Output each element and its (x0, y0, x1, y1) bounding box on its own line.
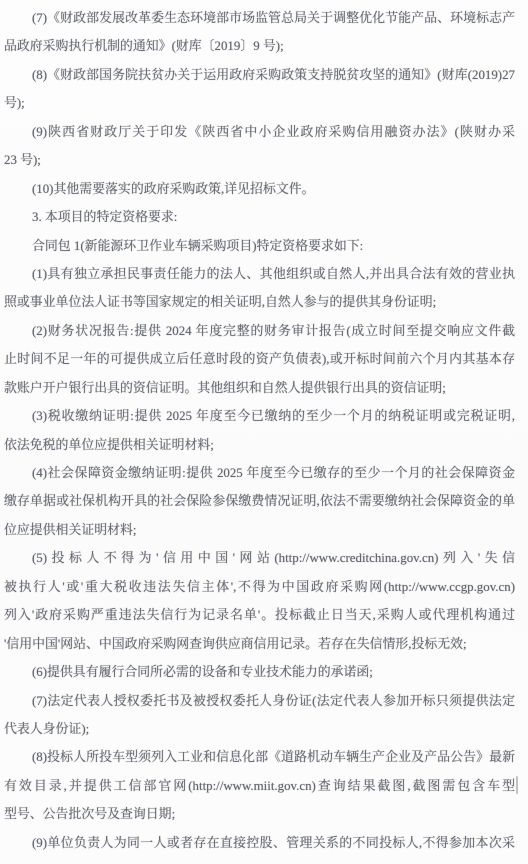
text-line: (5)投标人不得为'信用中国'网站(http://www.creditchina… (4, 544, 515, 572)
text-line: (3)税收缴纳证明:提供 2025 年度至今已缴纳的至少一个月的纳税证明或完税证… (4, 402, 515, 430)
text-line: 型号、公告批次号及查询日期; (4, 800, 515, 828)
text-line: (9)陕西省财政厅关于印发《陕西省中小企业政府采购信用融资办法》(陕财办采〔20… (4, 118, 515, 146)
text-line: 3. 本项目的特定资格要求: (4, 203, 515, 231)
text-line: 列入'政府采购严重违法失信行为记录名单'。投标截止日当天,采购人或代理机构通过 (4, 601, 515, 629)
text-line: 品政府采购执行机制的通知》(财库〔2019〕9 号); (4, 32, 515, 60)
text-line: 合同包 1(新能源环卫作业车辆采购项目)特定资格要求如下: (4, 232, 515, 260)
text-line: (6)提供具有履行合同所必需的设备和专业技术能力的承诺函; (4, 658, 515, 686)
text-line: 被执行人'或'重大税收违法失信主体',不得为中国政府采购网(http://www… (4, 573, 515, 601)
document-text-block: (7)《财政部发展改革委生态环境部市场监管总局关于调整优化节能产品、环境标志产品… (4, 4, 515, 857)
text-line: (4)社会保障资金缴纳证明:提供 2025 年度至今已缴存的至少一个月的社会保障… (4, 459, 515, 487)
text-line: (10)其他需要落实的政府采购政策,详见招标文件。 (4, 175, 515, 203)
text-line: 23 号); (4, 146, 515, 174)
text-line: (7)《财政部发展改革委生态环境部市场监管总局关于调整优化节能产品、环境标志产 (4, 4, 515, 32)
text-line: 代表人身份证); (4, 715, 515, 743)
text-line: 位应提供相关证明材料; (4, 516, 515, 544)
text-line: 有效目录,并提供工信部官网(http://www.miit.gov.cn)查询结… (4, 772, 515, 800)
text-line: 款账户开户银行出具的资信证明。其他组织和自然人提供银行出具的资信证明; (4, 374, 515, 402)
text-line: (2)财务状况报告:提供 2024 年度完整的财务审计报告(成立时间至提交响应文… (4, 317, 515, 345)
scan-artifact (516, 776, 518, 794)
text-line: 止时间不足一年的可提供成立后任意时段的资产负债表),或开标时间前六个月内其基本存 (4, 345, 515, 373)
text-line: (9)单位负责人为同一人或者存在直接控股、管理关系的不同投标人,不得参加本次采 (4, 829, 515, 857)
text-line: '信用中国'网站、中国政府采购网查询供应商信用记录。若存在失信情形,投标无效; (4, 630, 515, 658)
text-line: (7)法定代表人授权委托书及被授权委托人身份证(法定代表人参加开标只须提供法定 (4, 687, 515, 715)
text-line: 号); (4, 89, 515, 117)
text-line: 照或事业单位法人证书等国家规定的相关证明,自然人参与的提供其身份证明; (4, 288, 515, 316)
text-line: (8)《财政部国务院扶贫办关于运用政府采购政策支持脱贫攻坚的通知》(财库(201… (4, 61, 515, 89)
text-line: 依法免税的单位应提供相关证明材料; (4, 431, 515, 459)
document-page: (7)《财政部发展改革委生态环境部市场监管总局关于调整优化节能产品、环境标志产品… (0, 0, 528, 864)
text-line: 缴存单据或社保机构开具的社会保险参保缴费情况证明,依法不需要缴纳社会保障资金的单 (4, 487, 515, 515)
text-line: (1)具有独立承担民事责任能力的法人、其他组织或自然人,并出具合法有效的营业执 (4, 260, 515, 288)
text-line: (8)投标人所投车型须列入工业和信息化部《道路机动车辆生产企业及产品公告》最新 (4, 743, 515, 771)
